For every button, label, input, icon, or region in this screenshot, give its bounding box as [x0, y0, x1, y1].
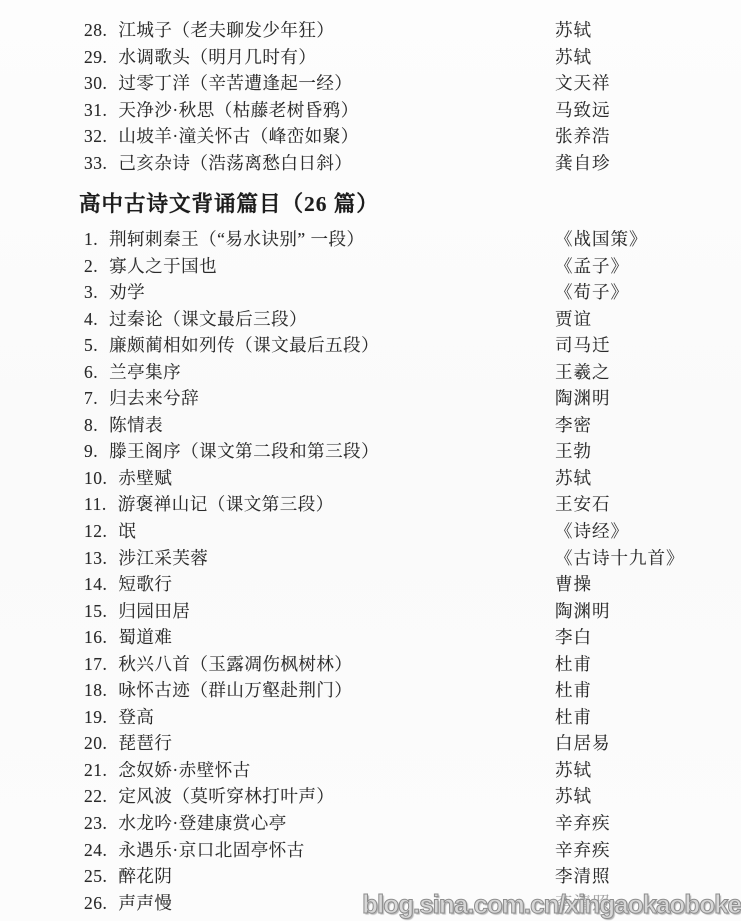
item-number: 22. — [84, 783, 107, 810]
item-title: 陈情表 — [109, 415, 163, 435]
item-number: 24. — [84, 837, 107, 864]
item-number: 11. — [84, 491, 107, 518]
item-author: 王安石 — [555, 491, 611, 518]
item-author: 苏轼 — [555, 465, 592, 492]
list-item: 6.兰亭集序 王羲之 — [84, 359, 741, 386]
item-number: 1. — [84, 226, 98, 253]
item-number: 12. — [84, 518, 107, 545]
list-item: 14.短歌行 曹操 — [84, 571, 741, 598]
item-author: 贾谊 — [555, 306, 592, 333]
item-number: 5. — [84, 332, 98, 359]
item-author: 马致远 — [555, 97, 611, 124]
item-number: 23. — [84, 810, 107, 837]
list-item: 4.过秦论（课文最后三段） 贾谊 — [84, 306, 741, 333]
item-title: 山坡羊·潼关怀古（峰峦如聚） — [118, 126, 358, 146]
list-item: 8.陈情表 李密 — [84, 412, 741, 439]
item-author: 杜甫 — [555, 704, 592, 731]
list-item: 31.天净沙·秋思（枯藤老树昏鸦） 马致远 — [84, 97, 741, 124]
item-title: 水调歌头（明月几时有） — [118, 47, 316, 67]
item-title: 兰亭集序 — [109, 362, 181, 382]
item-author: 龚自珍 — [555, 150, 611, 177]
item-number: 20. — [84, 730, 107, 757]
list-item: 2.寡人之于国也 《孟子》 — [84, 253, 741, 280]
item-title: 琵琶行 — [118, 733, 172, 753]
item-number: 3. — [84, 279, 98, 306]
item-title: 秋兴八首（玉露凋伤枫树林） — [118, 654, 352, 674]
list-item: 20.琵琶行 白居易 — [84, 730, 741, 757]
item-number: 2. — [84, 253, 98, 280]
list-item: 18.咏怀古迹（群山万壑赴荆门） 杜甫 — [84, 677, 741, 704]
list-item: 13.涉江采芙蓉 《古诗十九首》 — [84, 545, 741, 572]
item-author: 陶渊明 — [555, 385, 611, 412]
section-heading: 高中古诗文背诵篇目（26 篇） — [79, 190, 741, 218]
item-author: 张养浩 — [555, 123, 611, 150]
item-author: 《孟子》 — [555, 253, 629, 280]
item-number: 6. — [84, 359, 98, 386]
list-item: 9.滕王阁序（课文第二段和第三段） 王勃 — [84, 438, 741, 465]
list-item: 10.赤壁赋 苏轼 — [84, 465, 741, 492]
list-item: 23.水龙吟·登建康赏心亭 辛弃疾 — [84, 810, 741, 837]
item-title: 定风波（莫听穿林打叶声） — [118, 786, 334, 806]
list-item: 15.归园田居 陶渊明 — [84, 598, 741, 625]
item-author: 《诗经》 — [555, 518, 629, 545]
item-number: 19. — [84, 704, 107, 731]
item-number: 30. — [84, 70, 107, 97]
item-author: 苏轼 — [555, 783, 592, 810]
item-author: 文天祥 — [555, 70, 611, 97]
item-number: 18. — [84, 677, 107, 704]
list-item: 22.定风波（莫听穿林打叶声） 苏轼 — [84, 783, 741, 810]
item-number: 7. — [84, 385, 98, 412]
item-title: 水龙吟·登建康赏心亭 — [118, 813, 286, 833]
list-item: 16.蜀道难 李白 — [84, 624, 741, 651]
item-title: 游褒禅山记（课文第三段） — [118, 494, 334, 514]
item-title: 赤壁赋 — [118, 468, 172, 488]
item-title: 归园田居 — [118, 601, 190, 621]
item-number: 21. — [84, 757, 107, 784]
item-title: 江城子（老夫聊发少年狂） — [118, 20, 334, 40]
item-title: 滕王阁序（课文第二段和第三段） — [109, 441, 379, 461]
blog-watermark: blog.sina.com.cn/xingaokaoboke — [362, 889, 741, 920]
item-title: 咏怀古迹（群山万壑赴荆门） — [118, 680, 352, 700]
item-title: 天净沙·秋思（枯藤老树昏鸦） — [118, 100, 358, 120]
item-title: 过秦论（课文最后三段） — [109, 309, 307, 329]
item-number: 32. — [84, 123, 107, 150]
item-number: 28. — [84, 17, 107, 44]
item-title: 蜀道难 — [118, 627, 172, 647]
item-title: 念奴娇·赤壁怀古 — [118, 760, 250, 780]
item-title: 归去来兮辞 — [109, 388, 199, 408]
item-author: 王羲之 — [555, 359, 611, 386]
item-author: 苏轼 — [555, 44, 592, 71]
item-number: 16. — [84, 624, 107, 651]
item-number: 4. — [84, 306, 98, 333]
item-title: 声声慢 — [118, 893, 172, 913]
list-item: 21.念奴娇·赤壁怀古 苏轼 — [84, 757, 741, 784]
list-item: 32.山坡羊·潼关怀古（峰峦如聚） 张养浩 — [84, 123, 741, 150]
item-title: 涉江采芙蓉 — [118, 548, 208, 568]
list-item: 17.秋兴八首（玉露凋伤枫树林） 杜甫 — [84, 651, 741, 678]
item-title: 荆轲刺秦王（“易水诀别” 一段） — [109, 229, 364, 249]
item-author: 苏轼 — [555, 17, 592, 44]
list-item: 30.过零丁洋（辛苦遭逢起一经） 文天祥 — [84, 70, 741, 97]
item-author: 辛弃疾 — [555, 837, 611, 864]
item-title: 醉花阴 — [118, 866, 172, 886]
list-item: 3.劝学 《荀子》 — [84, 279, 741, 306]
list-item: 24.永遇乐·京口北固亭怀古 辛弃疾 — [84, 837, 741, 864]
item-number: 26. — [84, 890, 107, 917]
item-author: 《古诗十九首》 — [555, 545, 685, 572]
item-author: 司马迁 — [555, 332, 611, 359]
item-title: 廉颇蔺相如列传（课文最后五段） — [109, 335, 379, 355]
item-title: 寡人之于国也 — [109, 256, 217, 276]
item-author: 《荀子》 — [555, 279, 629, 306]
item-author: 李白 — [555, 624, 592, 651]
item-title: 登高 — [118, 707, 154, 727]
list-item: 7.归去来兮辞 陶渊明 — [84, 385, 741, 412]
item-author: 李清照 — [555, 863, 611, 890]
list-item: 28.江城子（老夫聊发少年狂） 苏轼 — [84, 17, 741, 44]
item-author: 《战国策》 — [555, 226, 648, 253]
item-number: 14. — [84, 571, 107, 598]
list-item: 5.廉颇蔺相如列传（课文最后五段） 司马迁 — [84, 332, 741, 359]
item-author: 辛弃疾 — [555, 810, 611, 837]
item-number: 15. — [84, 598, 107, 625]
item-number: 33. — [84, 150, 107, 177]
senior-recitation-list: 1.荆轲刺秦王（“易水诀别” 一段） 《战国策》 2.寡人之于国也 《孟子》 3… — [84, 226, 741, 916]
item-author: 王勃 — [555, 438, 592, 465]
list-item: 33.己亥杂诗（浩荡离愁白日斜） 龚自珍 — [84, 150, 741, 177]
item-author: 白居易 — [555, 730, 611, 757]
item-title: 过零丁洋（辛苦遭逢起一经） — [118, 73, 352, 93]
list-item: 19.登高 杜甫 — [84, 704, 741, 731]
item-author: 陶渊明 — [555, 598, 611, 625]
list-item: 12.氓 《诗经》 — [84, 518, 741, 545]
item-title: 己亥杂诗（浩荡离愁白日斜） — [118, 153, 352, 173]
item-number: 13. — [84, 545, 107, 572]
item-title: 短歌行 — [118, 574, 172, 594]
list-item: 11.游褒禅山记（课文第三段） 王安石 — [84, 491, 741, 518]
list-item: 25.醉花阴 李清照 — [84, 863, 741, 890]
item-number: 31. — [84, 97, 107, 124]
list-item: 29.水调歌头（明月几时有） 苏轼 — [84, 44, 741, 71]
item-author: 曹操 — [555, 571, 592, 598]
scanned-page: 28.江城子（老夫聊发少年狂） 苏轼 29.水调歌头（明月几时有） 苏轼 30.… — [0, 0, 741, 921]
item-title: 永遇乐·京口北固亭怀古 — [118, 840, 304, 860]
junior-list-continuation: 28.江城子（老夫聊发少年狂） 苏轼 29.水调歌头（明月几时有） 苏轼 30.… — [84, 17, 741, 176]
item-author: 苏轼 — [555, 757, 592, 784]
item-number: 29. — [84, 44, 107, 71]
item-author: 李密 — [555, 412, 592, 439]
item-author: 杜甫 — [555, 651, 592, 678]
item-number: 25. — [84, 863, 107, 890]
list-item: 1.荆轲刺秦王（“易水诀别” 一段） 《战国策》 — [84, 226, 741, 253]
item-number: 9. — [84, 438, 98, 465]
item-title: 劝学 — [109, 282, 145, 302]
item-author: 杜甫 — [555, 677, 592, 704]
item-number: 17. — [84, 651, 107, 678]
item-number: 8. — [84, 412, 98, 439]
item-title: 氓 — [118, 521, 136, 541]
item-number: 10. — [84, 465, 107, 492]
